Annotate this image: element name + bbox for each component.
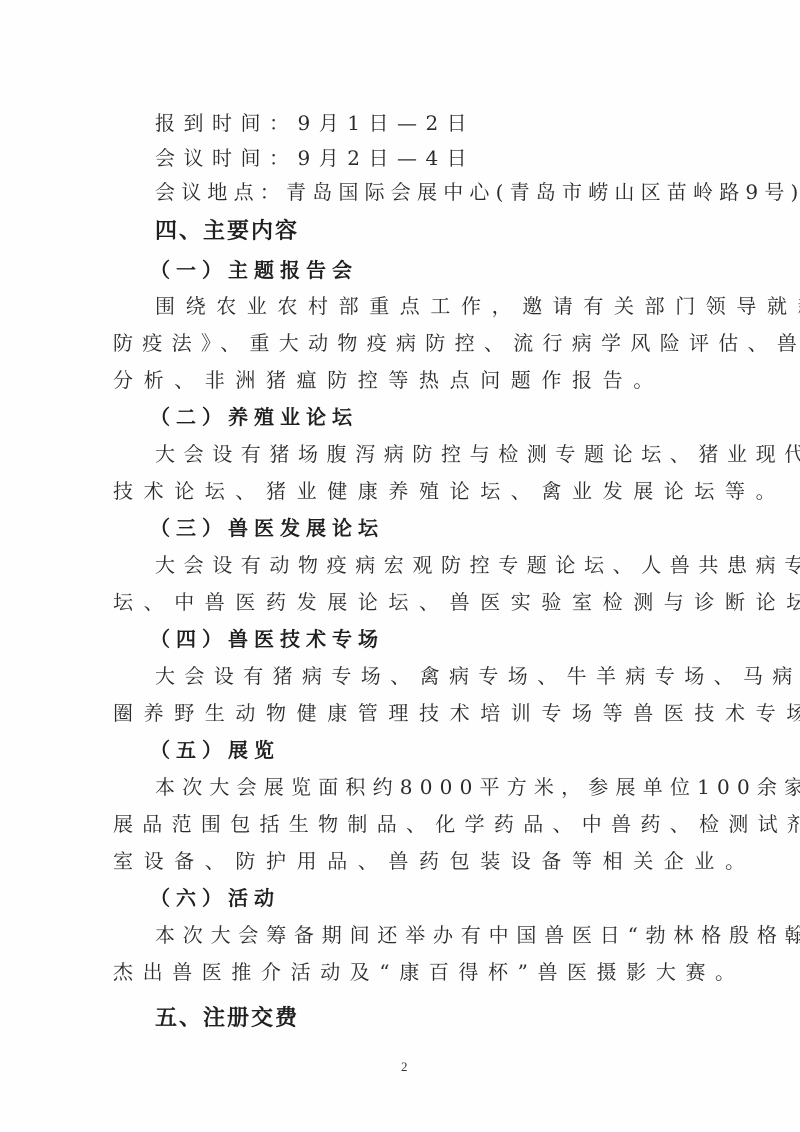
- subsection-1-line: 防疫法》、重大动物疫病防控、流行病学风险评估、兽药产业: [113, 331, 693, 355]
- subsection-1-line: 分析、非洲猪瘟防控等热点问题作报告。: [113, 368, 693, 392]
- subsection-5-line: 本次大会展览面积约8000平方米，参展单位100余家。: [155, 775, 735, 799]
- section-5-heading: 五、注册交费: [155, 1007, 735, 1031]
- section-4-heading: 四、主要内容: [155, 220, 735, 244]
- subsection-4-line: 大会设有猪病专场、禽病专场、牛羊病专场、马病专场、: [155, 664, 735, 688]
- subsection-5-line: 室设备、防护用品、兽药包装设备等相关企业。: [113, 849, 693, 873]
- subsection-6-heading: （六）活动: [150, 886, 730, 910]
- subsection-4-heading: （四）兽医技术专场: [150, 627, 730, 651]
- subsection-6-line: 杰出兽医推介活动及“康百得杯”兽医摄影大赛。: [113, 960, 693, 984]
- meeting-time: 会议时间：9月2日—4日: [155, 146, 735, 170]
- subsection-5-line: 展品范围包括生物制品、化学药品、中兽药、检测试剂、实验: [113, 812, 693, 836]
- subsection-2-line: 技术论坛、猪业健康养殖论坛、禽业发展论坛等。: [113, 479, 693, 503]
- subsection-3-heading: （三）兽医发展论坛: [150, 516, 730, 540]
- subsection-1-line: 围绕农业农村部重点工作，邀请有关部门领导就新《动物: [155, 294, 735, 318]
- subsection-2-line: 大会设有猪场腹泻病防控与检测专题论坛、猪业现代养殖: [155, 442, 735, 466]
- page-number: 2: [401, 1059, 408, 1075]
- registration-time: 报到时间：9月1日—2日: [155, 111, 735, 135]
- subsection-2-heading: （二）养殖业论坛: [150, 405, 730, 429]
- subsection-3-line: 大会设有动物疫病宏观防控专题论坛、人兽共患病专题论: [155, 553, 735, 577]
- subsection-4-line: 圈养野生动物健康管理技术培训专场等兽医技术专场等。: [113, 701, 693, 725]
- subsection-6-line: 本次大会筹备期间还举办有中国兽医日“勃林格殷格翰杯”: [155, 923, 735, 947]
- subsection-1-heading: （一）主题报告会: [150, 258, 730, 282]
- subsection-3-line: 坛、中兽医药发展论坛、兽医实验室检测与诊断论坛等。: [113, 590, 693, 614]
- document-page: 报到时间：9月1日—2日 会议时间：9月2日—4日 会议地点：青岛国际会展中心(…: [0, 0, 800, 1132]
- meeting-venue: 会议地点：青岛国际会展中心(青岛市崂山区苗岭路9号): [155, 180, 735, 204]
- subsection-5-heading: （五）展览: [150, 738, 730, 762]
